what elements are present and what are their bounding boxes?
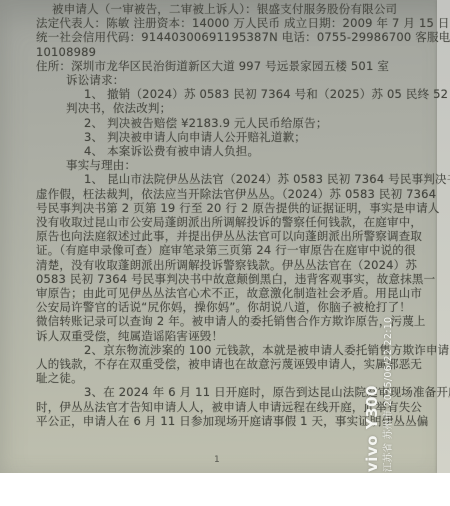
document-line: 没有收取过昆山市公安局蓬朗派出所调解投诉的警察任何钱款，在庭审中，: [36, 215, 428, 229]
document-line: 4、 本案诉讼费有被申请人负担。: [36, 144, 428, 158]
paper-edge: [437, 0, 450, 473]
document-body: 被申请人（一审被告，二审被上诉人）：银盛支付服务股份有限公司法定代表人：陈敏 注…: [36, 2, 428, 428]
document-line: 2、京东物流涉案的 100 元钱款，本就是被申请人委托销售方欺诈申请: [36, 343, 428, 357]
document-line: 平公正，申请人在 6 月 11 日参加现场开庭请事假 1 天，事实证明伊丛丛偏: [36, 414, 428, 428]
document-line: 2、 判决被告赔偿 ¥2183.9 元人民币给原告；: [36, 116, 428, 130]
document-line: 号民事判决书第 2 页第 19 行至 20 行 2 原告提供的证据证明，事实是申…: [36, 201, 428, 215]
document-line: 3、在 2024 年 6 月 11 日开庭时，原告到达昆山法院庭审现场准备开庭: [36, 385, 428, 399]
document-line: 法定代表人：陈敏 注册资本：14000 万人民币 成立日期：2009 年 7 月…: [36, 16, 428, 30]
screenshot-stage: 被申请人（一审被告，二审被上诉人）：银盛支付服务股份有限公司法定代表人：陈敏 注…: [0, 0, 450, 506]
document-line: 虚作假，枉法裁判，依法应当开除法官伊丛丛。（2024）苏 0583 民初 736…: [36, 187, 428, 201]
document-line: 事实与理由：: [36, 158, 428, 172]
page-number: 1: [214, 455, 220, 465]
document-line: 1、 撤销（2024）苏 0583 民初 7364 号和（2025）苏 05 民…: [36, 87, 428, 101]
document-line: 3、 判决被申请人向申请人公开赔礼道歉；: [36, 130, 428, 144]
document-photo: 被申请人（一审被告，二审被上诉人）：银盛支付服务股份有限公司法定代表人：陈敏 注…: [0, 0, 450, 473]
document-line: 统一社会信用代码：91440300691195387N 电话：0755-2998…: [36, 30, 428, 44]
document-line: 诉人双重受偿，纯属造谣陷害诬毁！: [36, 329, 428, 343]
document-line: 1、 昆山市法院伊丛丛法官（2024）苏 0583 民初 7364 号民事判决书…: [36, 172, 428, 186]
document-line: 审原告；由此可见伊丛丛法官心术不正，故意激化制造社会矛盾。用昆山市: [36, 286, 428, 300]
document-line: 10108989: [36, 45, 428, 59]
document-line: 0583 民初 7364 号民事判决书中故意颠倒黑白，违背客观事实，故意抹黑一: [36, 272, 428, 286]
document-line: 证。（有庭申录像可查）庭审笔录第三页第 24 行一审原告在庭审中说的很: [36, 243, 428, 257]
bottom-white-strip: [0, 473, 450, 506]
document-line: 公安局许警官的话说“尻你妈，操你妈”。你胡说八道，你脑子被枪打了！: [36, 300, 428, 314]
document-line: 耻之徒。: [36, 371, 428, 385]
document-line: 人的钱款，不存在双重受偿，被申请也在故意污蔑诬毁申请人，实属邪恶无: [36, 357, 428, 371]
document-line: 原告也向法庭叙述过此事，并提出伊丛丛法官可以向蓬朗派出所警察调查取: [36, 229, 428, 243]
document-line: 诉讼请求：: [36, 73, 428, 87]
document-line: 微信转账记录可以查询 2 年。被申请人的委托销售合作方欺诈原告，污蔑上: [36, 314, 428, 328]
document-line: 住所：深圳市龙华区民治街道新区大道 997 号远景家园五楼 501 室: [36, 59, 428, 73]
document-line: 清楚，没有收取蓬朗派出所调解投诉警察钱款。伊丛丛法官在（2024）苏: [36, 258, 428, 272]
document-line: 被申请人（一审被告，二审被上诉人）：银盛支付服务股份有限公司: [36, 2, 428, 16]
document-line: 时，伊丛丛法官才告知申请人人，被申请人申请远程在线开庭，此举有失公: [36, 400, 428, 414]
document-line: 判决书，依法改判；: [36, 101, 428, 115]
